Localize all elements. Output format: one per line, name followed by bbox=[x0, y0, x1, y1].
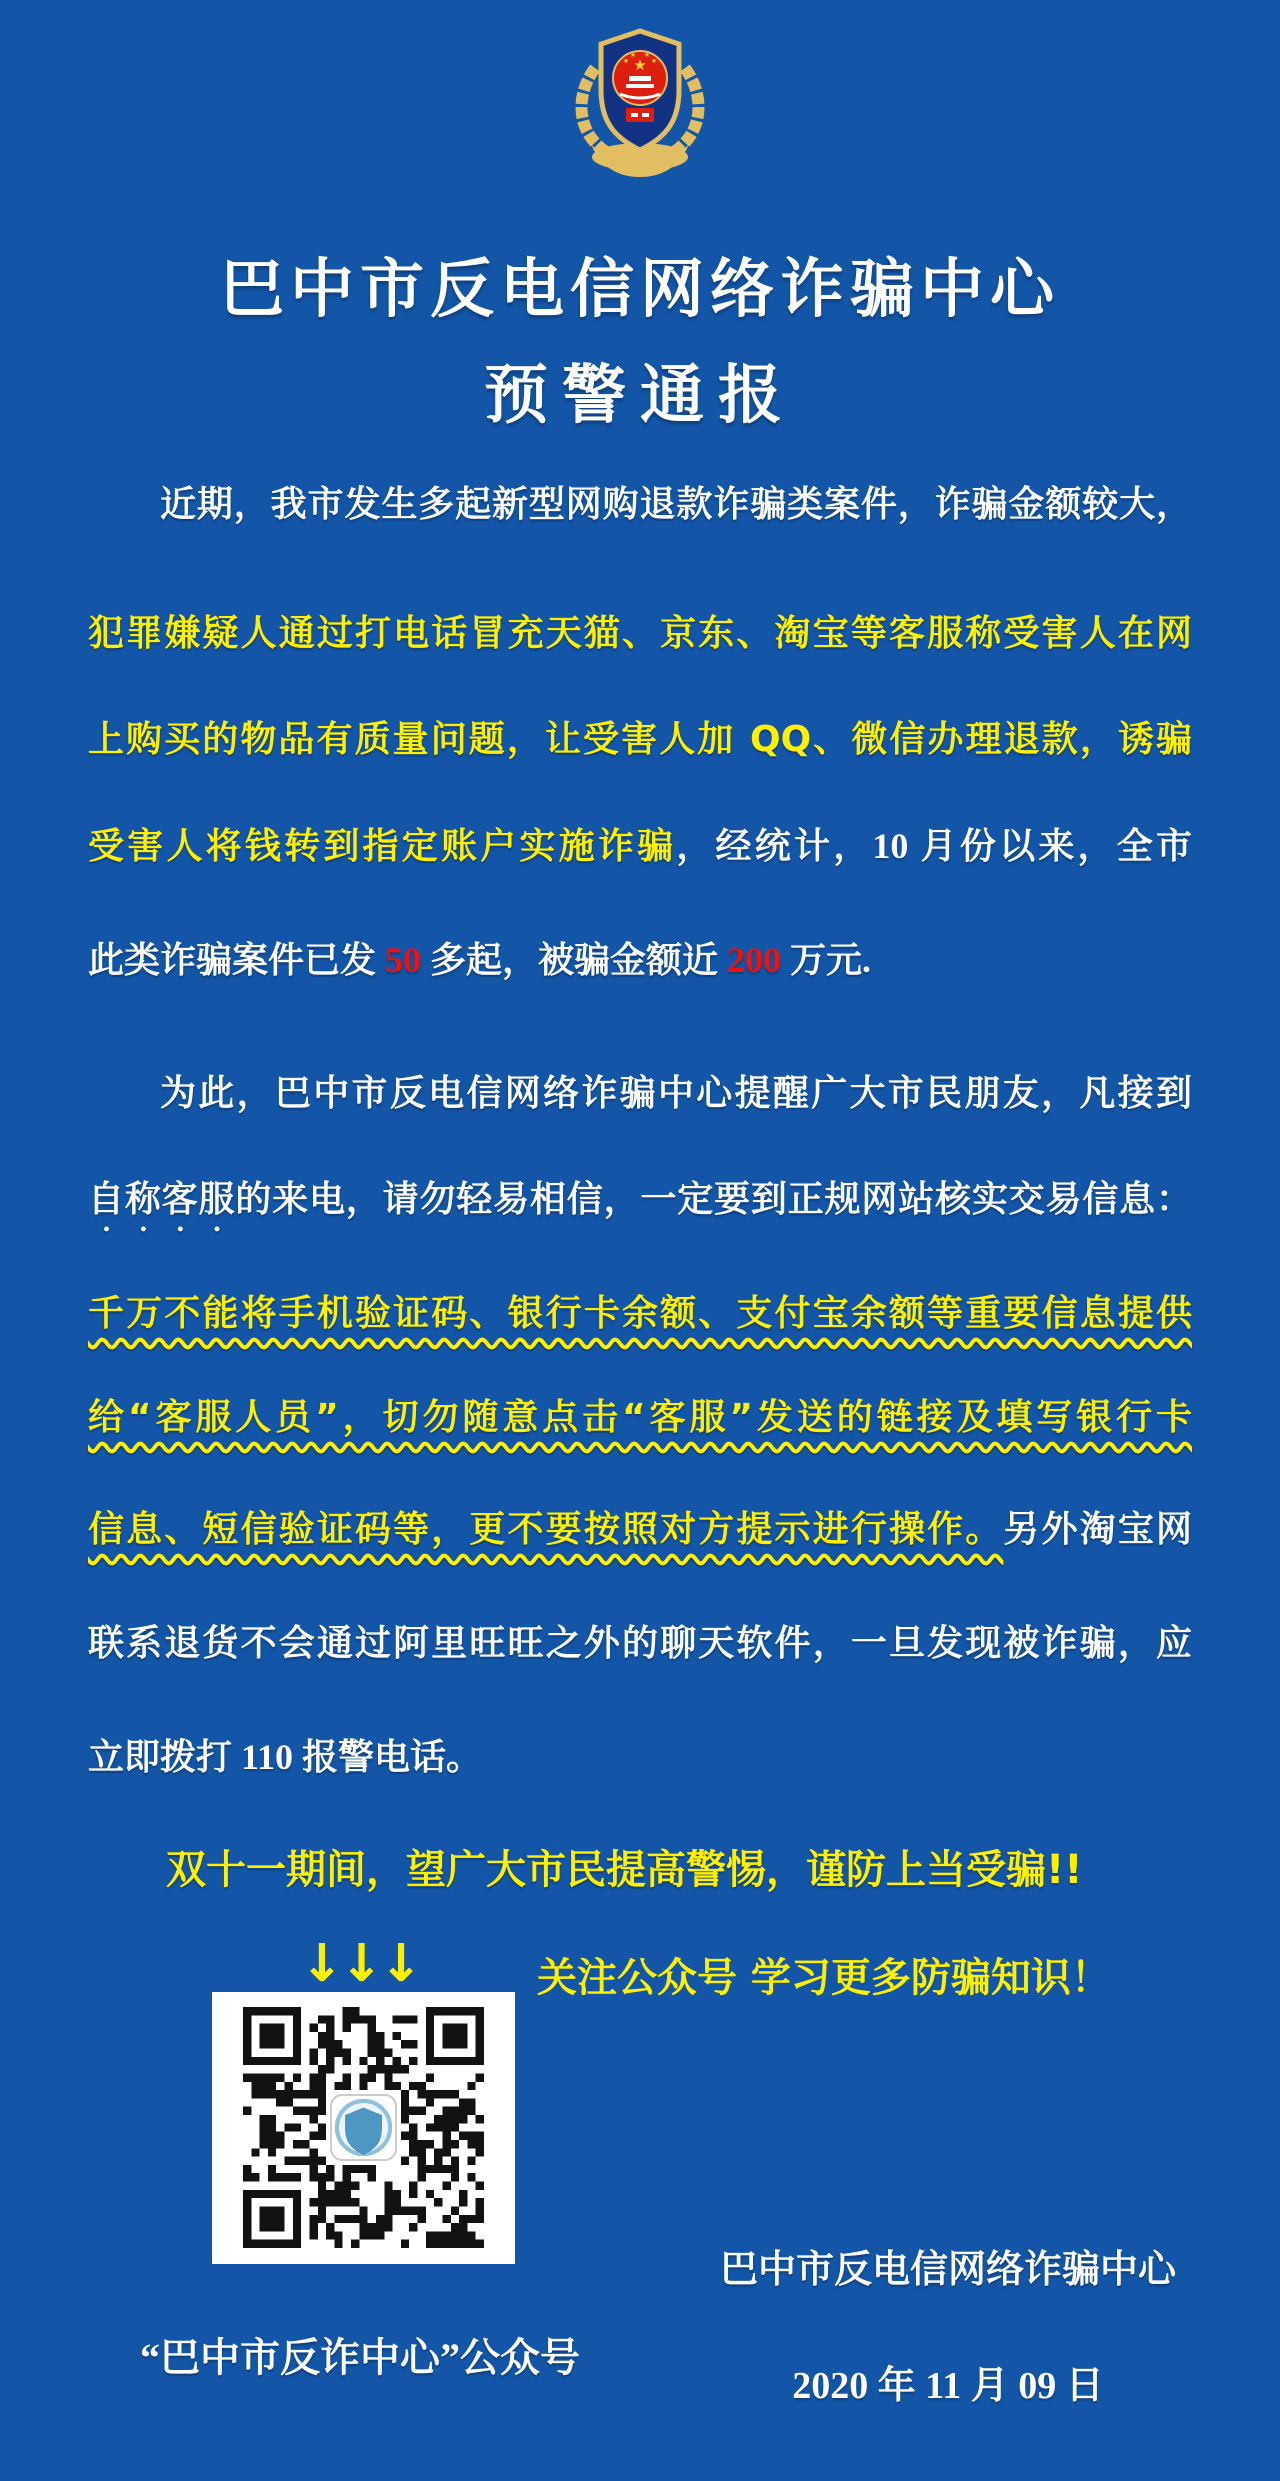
body-line-2-text: 犯罪嫌疑人通过打电话冒充天猫、京东、淘宝等客服称受害人在网 bbox=[88, 613, 1192, 654]
svg-text:★: ★ bbox=[630, 51, 636, 59]
footer-date: 2020 年 11 月 09 日 bbox=[712, 2354, 1184, 2409]
body-line-5-b: 多起，被骗金额近 bbox=[421, 940, 727, 980]
body-line-1-text: 近期，我市发生多起新型网购退款诈骗类案件，诈骗金额较大， bbox=[160, 484, 1192, 524]
body-line-4: 受害人将钱转到指定账户实施诈骗，经统计，10 月份以来，全市 bbox=[88, 823, 1192, 871]
body-line-10-white: 另外淘宝网 bbox=[1003, 1509, 1192, 1549]
qr-code-pattern bbox=[243, 2007, 484, 2248]
body-line-8: 千万不能将手机验证码、银行卡余额、支付宝余额等重要信息提供 bbox=[88, 1291, 1192, 1338]
svg-text:★: ★ bbox=[633, 58, 646, 74]
body-line-12-text: 立即拨打 110 报警电话。 bbox=[88, 1737, 482, 1777]
body-line-1: 近期，我市发生多起新型网购退款诈骗类案件，诈骗金额较大， bbox=[88, 481, 1192, 528]
body-line-6-text: 为此，巴中市反电信网络诈骗中心提醒广大市民朋友，凡接到 bbox=[160, 1073, 1192, 1113]
case-count-value: 50 bbox=[385, 940, 421, 980]
poster-title: 巴中市反电信网络诈骗中心 bbox=[0, 238, 1280, 330]
footer-organization: 巴中市反电信网络诈骗中心 bbox=[712, 2238, 1184, 2293]
body-line-12: 立即拨打 110 报警电话。 bbox=[88, 1734, 1192, 1781]
body-line-9-text: 给“客服人员”，切勿随意点击“客服”发送的链接及填写银行卡 bbox=[88, 1397, 1192, 1438]
body-line-3-text: 上购买的物品有质量问题，让受害人加 QQ、微信办理退款，诱骗 bbox=[88, 719, 1192, 760]
body-line-7-emphasized: 自称客服 bbox=[88, 1179, 235, 1219]
follow-account-hint: 关注公众号 学习更多防骗知识！ bbox=[537, 1946, 1111, 2003]
body-line-11: 联系退货不会通过阿里旺旺之外的聊天软件，一旦发现被诈骗，应 bbox=[88, 1620, 1192, 1667]
qr-caption: “巴中市反诈中心”公众号 bbox=[100, 2326, 620, 2383]
svg-text:★: ★ bbox=[623, 57, 629, 65]
body-line-9: 给“客服人员”，切勿随意点击“客服”发送的链接及填写银行卡 bbox=[88, 1395, 1192, 1442]
police-badge-icon: ★ ★ ★ ★ ★ bbox=[565, 16, 715, 180]
body-line-5-a: 此类诈骗案件已发 bbox=[88, 940, 385, 980]
down-arrows-icon: ↓↓↓ bbox=[300, 1934, 419, 1994]
qr-code bbox=[212, 1992, 515, 2264]
body-line-5-c: 万元. bbox=[781, 940, 871, 980]
svg-text:★: ★ bbox=[651, 57, 657, 65]
body-line-10: 信息、短信验证码等，更不要按照对方提示进行操作。另外淘宝网 bbox=[88, 1506, 1192, 1554]
fraud-amount-value: 200 bbox=[727, 940, 781, 980]
double11-warning-line: 双十一期间，望广大市民提高警惕，谨防上当受骗!! bbox=[88, 1838, 1192, 1895]
body-line-8-text: 千万不能将手机验证码、银行卡余额、支付宝余额等重要信息提供 bbox=[88, 1293, 1192, 1334]
body-line-7-rest: 的来电，请勿轻易相信，一定要到正规网站核实交易信息： bbox=[235, 1179, 1192, 1219]
body-line-2: 犯罪嫌疑人通过打电话冒充天猫、京东、淘宝等客服称受害人在网 bbox=[88, 611, 1192, 658]
body-line-7: 自称客服的来电，请勿轻易相信，一定要到正规网站核实交易信息： bbox=[88, 1176, 1192, 1239]
body-line-5: 此类诈骗案件已发 50 多起，被骗金额近 200 万元. bbox=[88, 937, 1192, 984]
body-line-3: 上购买的物品有质量问题，让受害人加 QQ、微信办理退款，诱骗 bbox=[88, 717, 1192, 764]
body-line-4-white: ，经统计，10 月份以来，全市 bbox=[676, 826, 1192, 866]
poster-subtitle: 预警通报 bbox=[0, 344, 1280, 436]
body-line-4-yellow: 受害人将钱转到指定账户实施诈骗 bbox=[88, 826, 676, 867]
body-line-10-underlined: 信息、短信验证码等，更不要按照对方提示进行操作。 bbox=[88, 1509, 1003, 1550]
body-line-6: 为此，巴中市反电信网络诈骗中心提醒广大市民朋友，凡接到 bbox=[88, 1070, 1192, 1117]
body-line-11-text: 联系退货不会通过阿里旺旺之外的聊天软件，一旦发现被诈骗，应 bbox=[88, 1623, 1192, 1663]
anti-fraud-notice-poster: ★ ★ ★ ★ ★ 巴中市反电信网络诈骗中心 预警通报 近期，我市发生多起新型网… bbox=[0, 0, 1280, 2481]
svg-text:★: ★ bbox=[644, 51, 650, 59]
